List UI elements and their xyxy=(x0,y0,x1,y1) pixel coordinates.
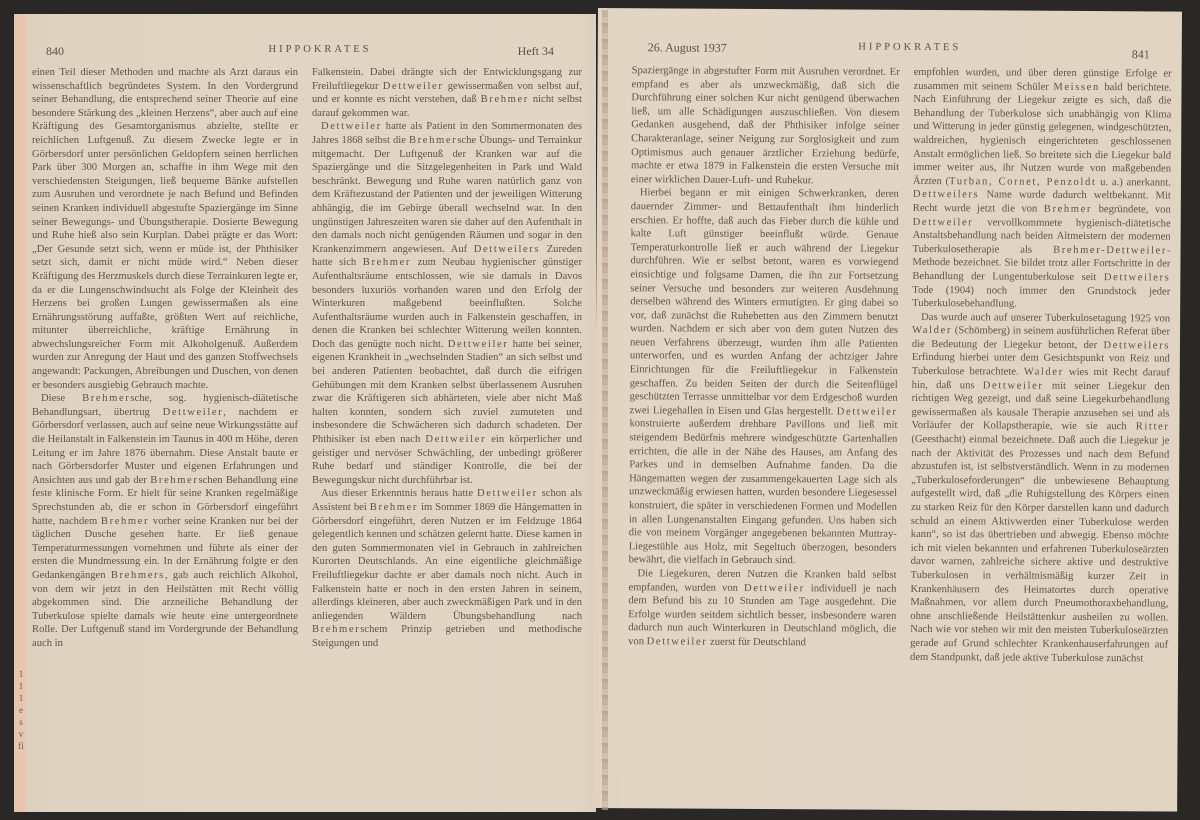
paragraph: Spaziergänge in abgestufter Form mit Aus… xyxy=(631,64,900,188)
person-name: Brehmer-Dettweiler xyxy=(1053,245,1167,257)
paragraph: Das wurde auch auf unserer Tuberkuloseta… xyxy=(910,311,1170,666)
person-name: Dettweilers xyxy=(1104,272,1171,283)
person-name: Ritter xyxy=(1136,422,1170,433)
person-name: Meissen xyxy=(1053,81,1100,92)
person-name: Walder xyxy=(1024,367,1064,378)
paragraph: Diese Brehmersche, sog. hygienisch-diäte… xyxy=(32,392,298,650)
paragraph: Falkenstein. Dabei drängte sich der Entw… xyxy=(312,66,582,120)
person-name: Brehmer xyxy=(82,393,130,404)
person-name: Dettweiler xyxy=(477,488,538,499)
running-title: HIPPOKRATES xyxy=(44,44,596,55)
person-name: Walder xyxy=(912,325,952,336)
right-page-column-2: empfohlen wurden, und über deren günstig… xyxy=(910,66,1172,666)
person-name: Brehmer xyxy=(312,624,360,635)
paragraph: Hierbei begann er mit einigen Schwerkran… xyxy=(629,187,899,569)
person-name: Brehmer xyxy=(101,516,149,527)
torn-page-edge xyxy=(602,10,608,810)
person-name: Brehmer xyxy=(409,135,457,146)
person-name: Dettweiler xyxy=(383,81,444,92)
person-name: Dettweilers xyxy=(1103,340,1170,351)
paragraph: einen Teil dieser Methoden und machte al… xyxy=(32,66,298,392)
person-name: Dettweiler xyxy=(448,339,509,350)
paragraph: empfohlen wurden, und über deren günstig… xyxy=(912,66,1171,312)
person-name: Turban, Cornet, Penzoldt xyxy=(949,176,1096,188)
person-name: Brehmer xyxy=(363,257,411,268)
person-name: Dettweiler xyxy=(163,407,224,418)
page-number: 841 xyxy=(1132,47,1150,62)
person-name: Dettweilers xyxy=(474,244,540,255)
person-name: Dettweiler xyxy=(425,434,486,445)
person-name: Brehmer xyxy=(150,475,198,486)
person-name: Dettweiler xyxy=(983,380,1044,391)
person-name: Brehmer xyxy=(481,94,529,105)
left-page-column-2: Falkenstein. Dabei drängte sich der Entw… xyxy=(312,66,582,651)
paragraph: Aus dieser Erkenntnis heraus hatte Dettw… xyxy=(312,487,582,650)
person-name: Dettweiler xyxy=(744,582,805,593)
paragraph: Die Liegekuren, deren Nutzen die Kranken… xyxy=(628,567,896,650)
person-name: Dettweiler xyxy=(837,406,898,417)
person-name: Brehmers xyxy=(111,570,165,581)
paragraph: Dettweiler hatte als Patient in den Somm… xyxy=(312,120,582,487)
person-name: Dettweiler xyxy=(647,636,708,647)
right-page: 26. August 1937 HIPPOKRATES 841 Spazierg… xyxy=(593,8,1182,812)
person-name: Dettweilers xyxy=(913,189,980,200)
person-name: Dettweiler xyxy=(321,121,382,132)
person-name: Dettweiler xyxy=(913,216,974,227)
person-name: Brehmer xyxy=(370,502,418,513)
margin-marks: 1 1 1 e s v fi xyxy=(16,668,26,752)
left-page: 840 HIPPOKRATES Heft 34 einen Teil diese… xyxy=(14,14,596,812)
right-page-column-1: Spaziergänge in abgestufter Form mit Aus… xyxy=(628,64,900,650)
person-name: Brehmer xyxy=(1044,204,1092,215)
left-page-column-1: einen Teil dieser Methoden und machte al… xyxy=(32,66,298,651)
left-page-header: 840 HIPPOKRATES Heft 34 xyxy=(14,44,596,64)
right-page-header: 26. August 1937 HIPPOKRATES 841 xyxy=(598,40,1182,64)
issue-label: Heft 34 xyxy=(518,44,554,59)
